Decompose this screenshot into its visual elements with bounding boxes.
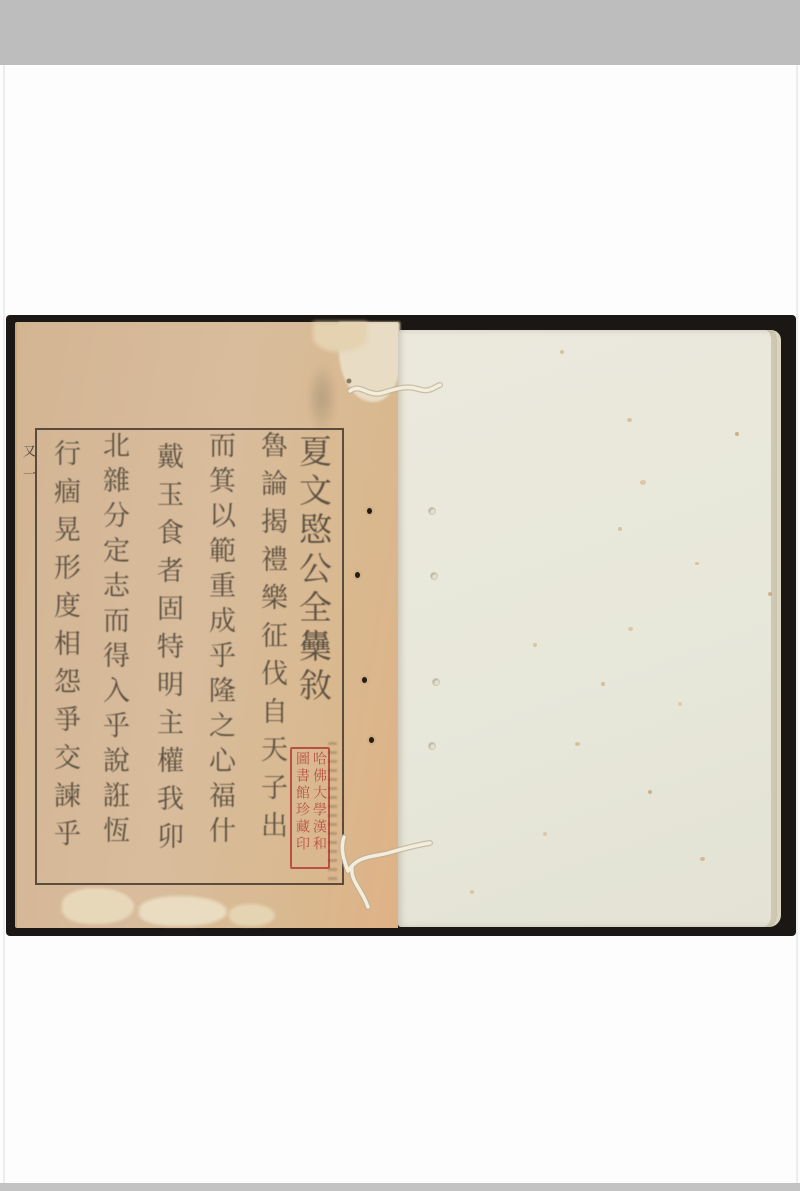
foxing-spot	[640, 480, 646, 485]
foxing-spot	[628, 627, 633, 631]
foxing-spot	[543, 832, 547, 836]
mat-left-edge-line	[3, 65, 5, 1183]
top-gray-band	[0, 0, 800, 65]
paper-damage-bottom	[229, 904, 275, 926]
screenshot-root: { "colors": { "top_band": "#bdbdbd", "bo…	[0, 0, 800, 1191]
stab-binding-hole	[428, 742, 436, 750]
foxing-spot	[735, 432, 739, 436]
foxing-spot	[575, 742, 580, 746]
stab-binding-hole	[367, 508, 372, 514]
foxing-spot	[627, 418, 632, 422]
harvard-library-seal: 哈佛大學漢和 圖書館珍藏印	[290, 747, 330, 869]
paper-damage-bottom	[62, 888, 134, 924]
left-page: 又一 夏文愍公全雧敘 魯論揭禮樂征伐自天子出 而箕以範重成乎隆之心福什 戴玉食者…	[15, 322, 398, 928]
stab-binding-hole	[369, 737, 374, 743]
calligraphy-column-6: 行痼晃形度相怨爭交諫乎	[46, 439, 85, 857]
stab-binding-hole	[355, 572, 360, 578]
foxing-spot	[618, 527, 622, 531]
foxing-spot	[678, 702, 682, 706]
right-page-blank	[398, 330, 781, 927]
stab-binding-hole	[432, 678, 440, 686]
calligraphy-column-title: 夏文愍公全雧敘	[289, 434, 336, 707]
foxing-spot	[700, 857, 705, 861]
bottom-gray-band	[0, 1183, 800, 1191]
foxing-spot	[601, 682, 605, 686]
mat-right-edge-line	[796, 65, 798, 1183]
stab-binding-hole	[430, 572, 438, 580]
book-photo-backdrop: 又一 夏文愍公全雧敘 魯論揭禮樂征伐自天子出 而箕以範重成乎隆之心福什 戴玉食者…	[6, 315, 796, 936]
foxing-spot	[648, 790, 652, 794]
foxing-spot	[560, 350, 564, 354]
calligraphy-column-5: 北雜分定志而得入乎說誑恆	[95, 431, 134, 851]
seal-column-right: 哈佛大學漢和	[310, 751, 327, 865]
paper-damage-bottom	[139, 896, 227, 926]
stab-binding-hole	[362, 677, 367, 683]
calligraphy-column-4: 戴玉食者固特明主權我卯	[149, 442, 188, 860]
foxing-spot	[470, 890, 474, 894]
foxing-spot	[533, 643, 537, 647]
calligraphy-column-3: 而箕以範重成乎隆之心福什	[201, 431, 240, 851]
foxing-spot	[695, 562, 699, 565]
seal-column-left: 圖書館珍藏印	[293, 751, 310, 865]
stab-binding-hole	[428, 507, 436, 515]
foxing-spot	[768, 592, 772, 596]
calligraphy-column-2: 魯論揭禮樂征伐自天子出	[253, 431, 292, 849]
faint-annotation-column	[328, 742, 337, 884]
